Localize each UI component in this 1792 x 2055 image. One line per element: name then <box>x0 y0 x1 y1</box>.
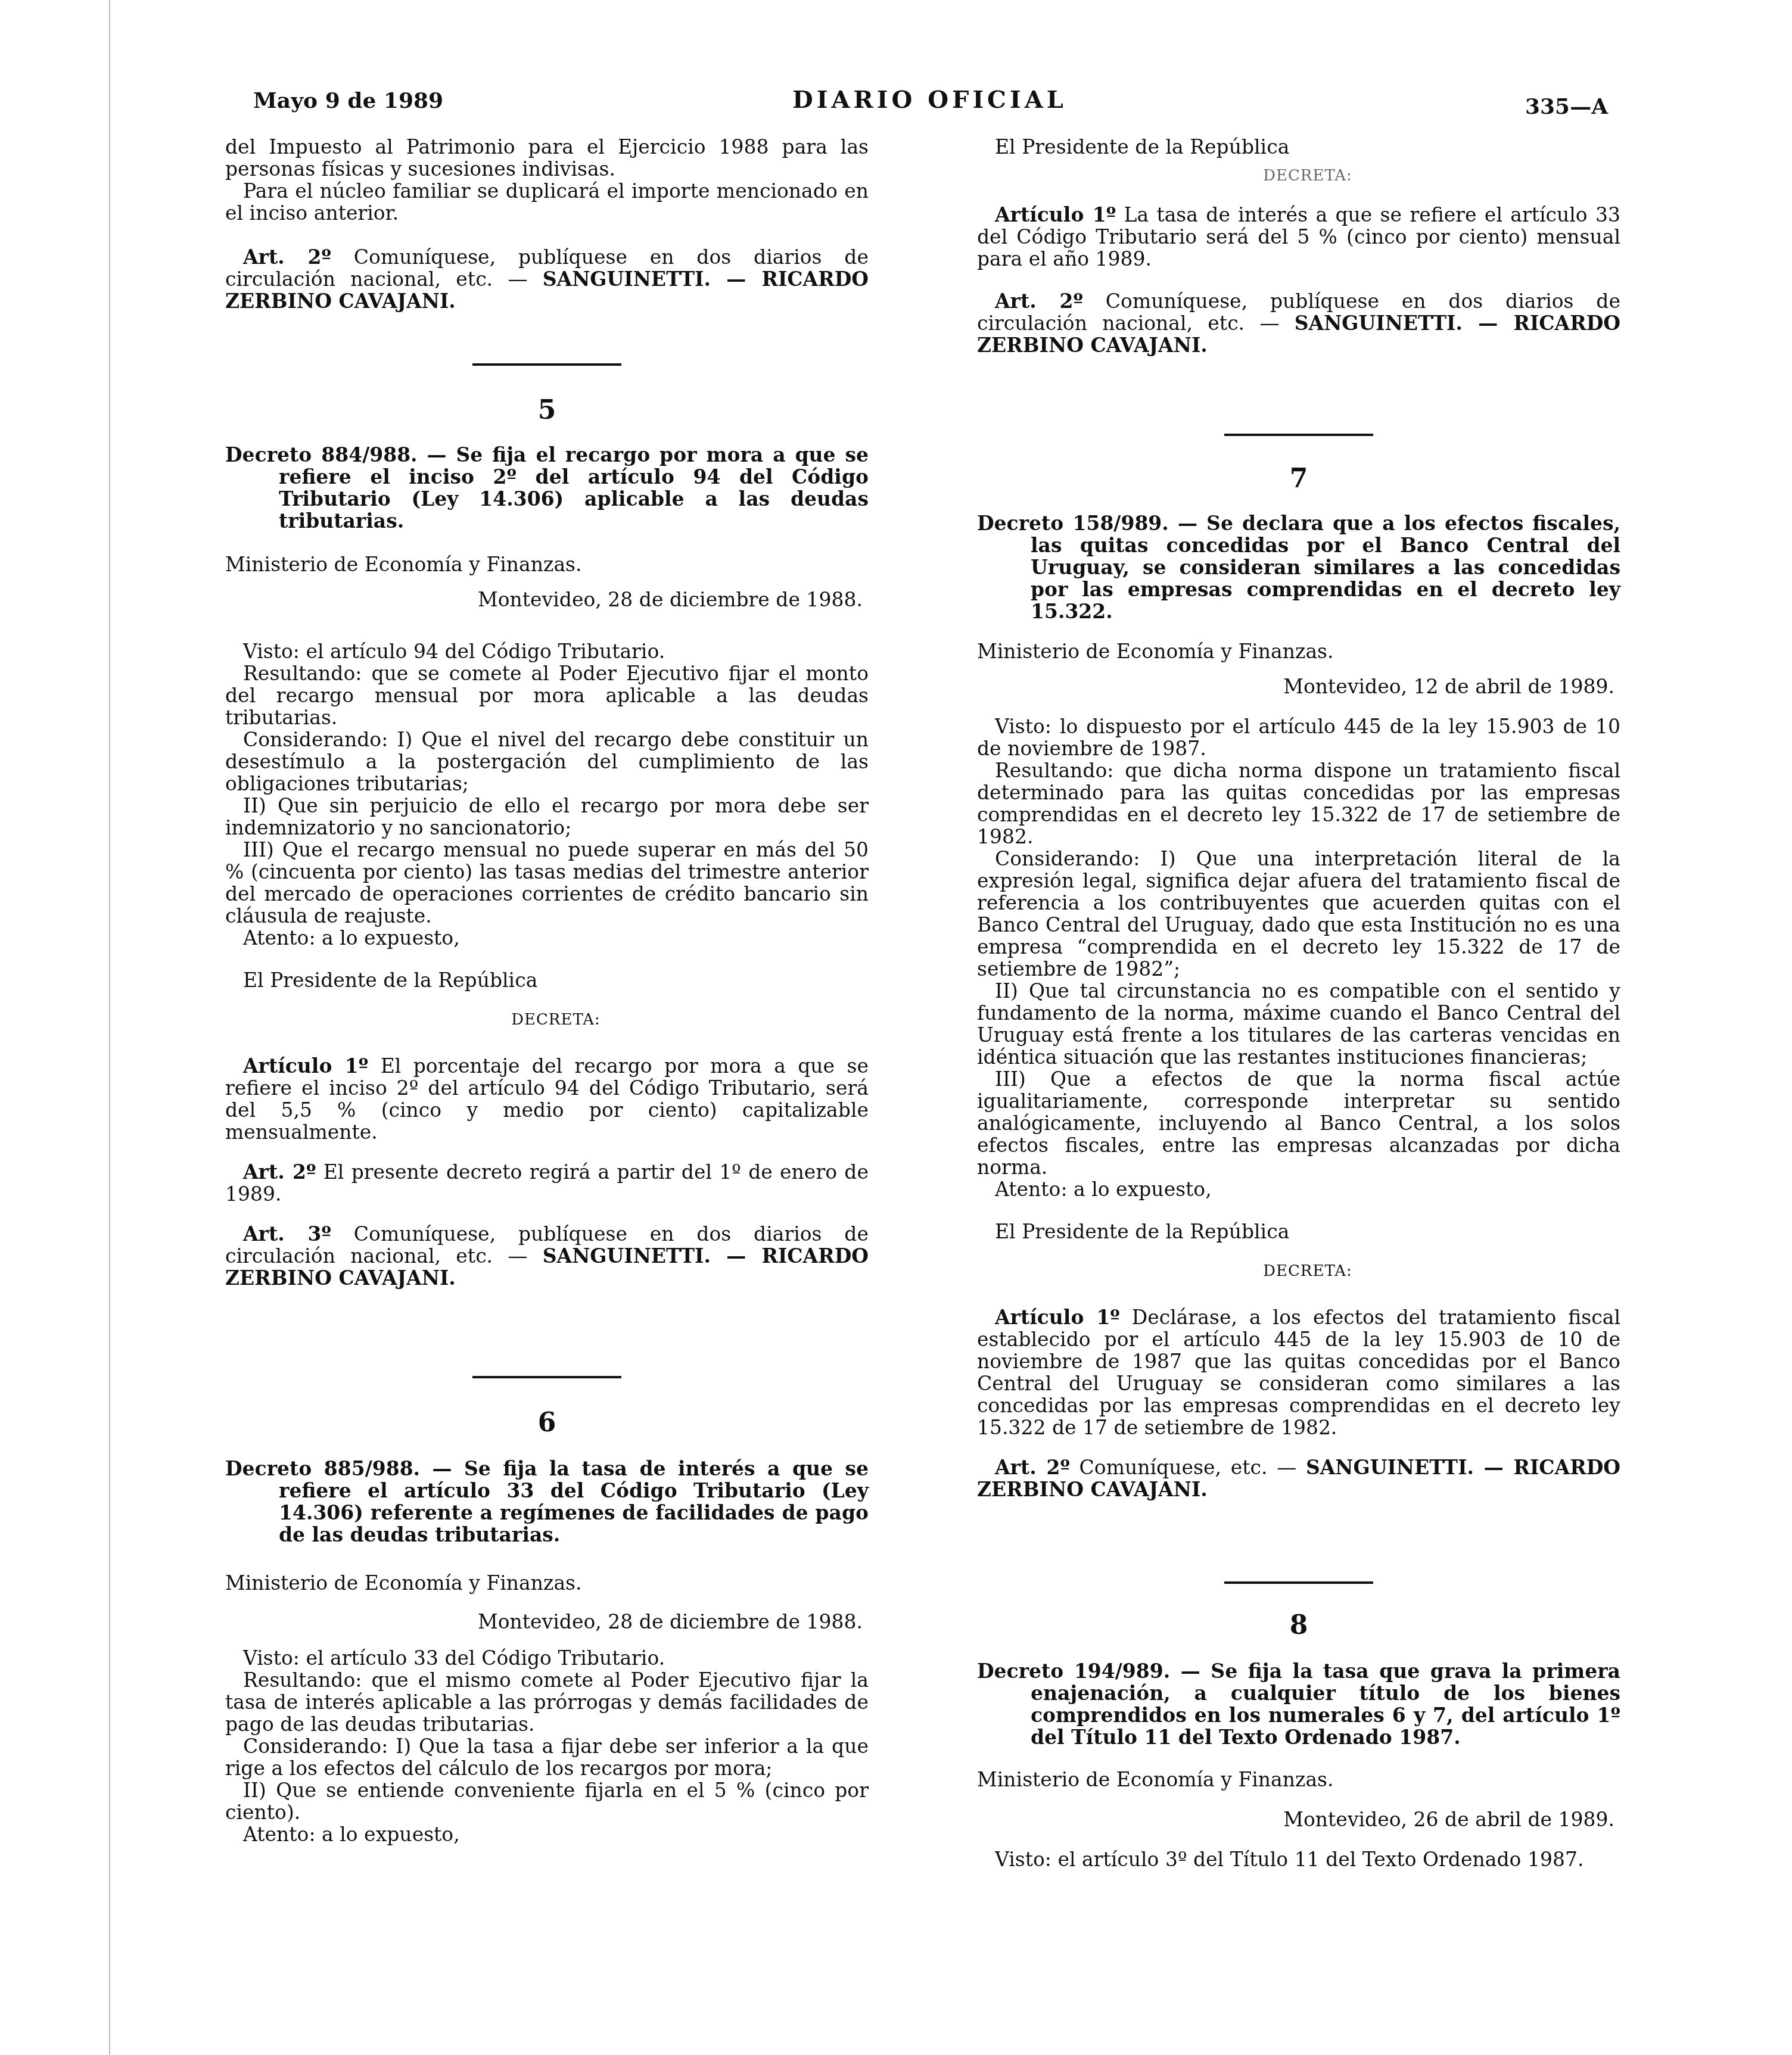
atento: Atento: a lo expuesto, <box>225 1823 869 1845</box>
newspaper-page: Mayo 9 de 1989 DIARIO OFICIAL 335—A del … <box>0 0 1792 2055</box>
decree-title: Decreto 194/989. — Se fija la tasa que g… <box>977 1660 1620 1748</box>
continuation-block: del Impuesto al Patrimonio para el Ejerc… <box>225 136 869 312</box>
paragraph: del Impuesto al Patrimonio para el Ejerc… <box>225 136 869 180</box>
scan-margin-line <box>109 0 110 2055</box>
section-7: 7 Decreto 158/989. — Se declara que a lo… <box>977 468 1620 1500</box>
section-separator <box>225 1376 869 1378</box>
visto: Visto: lo dispuesto por el artículo 445 … <box>977 715 1620 759</box>
decreta: DECRETA: <box>225 1009 869 1031</box>
decreta: DECRETA: <box>977 165 1620 187</box>
header-date: Mayo 9 de 1989 <box>253 88 443 113</box>
ministry: Ministerio de Economía y Finanzas. <box>977 640 1620 662</box>
article-1: Artículo 1º La tasa de interés a que se … <box>977 204 1620 270</box>
article-2: Art. 2º Comuníquese, publíquese en dos d… <box>225 246 869 312</box>
section-number: 5 <box>225 399 869 421</box>
visto: Visto: el artículo 3º del Título 11 del … <box>977 1848 1620 1870</box>
header-page-number: 335—A <box>1525 94 1608 119</box>
section-8: 8 Decreto 194/989. — Se fija la tasa que… <box>977 1614 1620 1870</box>
president: El Presidente de la República <box>225 969 869 991</box>
section-6: 6 Decreto 885/988. — Se fija la tasa de … <box>225 1412 869 1845</box>
place-date: Montevideo, 26 de abril de 1989. <box>977 1808 1620 1830</box>
considerando-1: Considerando: I) Que el nivel del recarg… <box>225 728 869 795</box>
place-date: Montevideo, 28 de diciembre de 1988. <box>225 589 869 611</box>
section-6-continuation: El Presidente de la República DECRETA: A… <box>977 136 1620 356</box>
section-separator <box>977 1581 1620 1584</box>
ministry: Ministerio de Economía y Finanzas. <box>977 1768 1620 1791</box>
place-date: Montevideo, 12 de abril de 1989. <box>977 675 1620 698</box>
considerando-2: II) Que tal circunstancia no es compatib… <box>977 980 1620 1068</box>
section-number: 8 <box>977 1614 1620 1636</box>
president: El Presidente de la República <box>977 1220 1620 1243</box>
decree-title: Decreto 884/988. — Se fija el recargo po… <box>225 444 869 532</box>
decree-title: Decreto 158/989. — Se declara que a los … <box>977 512 1620 622</box>
visto: Visto: el artículo 33 del Código Tributa… <box>225 1647 869 1669</box>
atento: Atento: a lo expuesto, <box>225 927 869 949</box>
section-5: 5 Decreto 884/988. — Se fija el recargo … <box>225 399 869 1289</box>
section-number: 6 <box>225 1412 869 1434</box>
header-publication-title: DIARIO OFICIAL <box>792 86 1067 114</box>
ministry: Ministerio de Economía y Finanzas. <box>225 553 869 575</box>
considerando-3: III) Que el recargo mensual no puede sup… <box>225 839 869 927</box>
resultando: Resultando: que el mismo comete al Poder… <box>225 1669 869 1735</box>
article-2: Art. 2º Comuníquese, etc. — SANGUINETTI.… <box>977 1456 1620 1500</box>
considerando-3: III) Que a efectos de que la norma fisca… <box>977 1068 1620 1178</box>
considerando-1: Considerando: I) Que la tasa a fijar deb… <box>225 1735 869 1779</box>
article-2: Art. 2º El presente decreto regirá a par… <box>225 1161 869 1205</box>
president: El Presidente de la República <box>977 136 1620 158</box>
place-date: Montevideo, 28 de diciembre de 1988. <box>225 1611 869 1633</box>
paragraph: Para el núcleo familiar se duplicará el … <box>225 180 869 224</box>
considerando-2: II) Que sin perjuicio de ello el recargo… <box>225 795 869 839</box>
article-2: Art. 2º Comuníquese, publíquese en dos d… <box>977 290 1620 356</box>
atento: Atento: a lo expuesto, <box>977 1178 1620 1200</box>
considerando-1: Considerando: I) Que una interpretación … <box>977 848 1620 980</box>
resultando: Resultando: que se comete al Poder Ejecu… <box>225 662 869 728</box>
article-1: Artículo 1º El porcentaje del recargo po… <box>225 1055 869 1143</box>
ministry: Ministerio de Economía y Finanzas. <box>225 1572 869 1594</box>
visto: Visto: el artículo 94 del Código Tributa… <box>225 640 869 662</box>
section-separator <box>225 363 869 366</box>
article-1: Artículo 1º Declárase, a los efectos del… <box>977 1306 1620 1438</box>
decree-title: Decreto 885/988. — Se fija la tasa de in… <box>225 1458 869 1546</box>
resultando: Resultando: que dicha norma dispone un t… <box>977 759 1620 848</box>
article-3: Art. 3º Comuníquese, publíquese en dos d… <box>225 1223 869 1289</box>
section-separator <box>977 434 1620 436</box>
decreta: DECRETA: <box>977 1260 1620 1282</box>
considerando-2: II) Que se entiende conveniente fijarla … <box>225 1779 869 1823</box>
section-number: 7 <box>977 468 1620 490</box>
